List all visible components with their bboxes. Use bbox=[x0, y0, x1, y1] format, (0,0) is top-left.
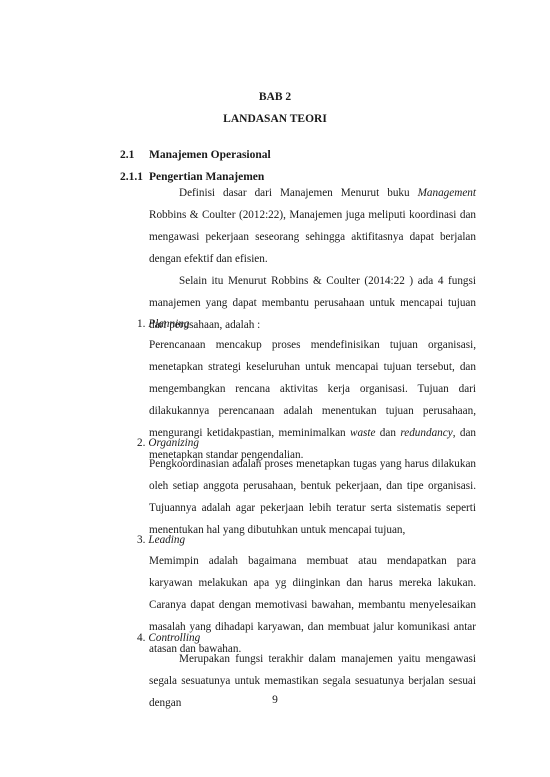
list-title: Controlling bbox=[148, 632, 200, 644]
subsection-number: 2.1.1 bbox=[120, 171, 143, 183]
text-run: dan bbox=[375, 427, 400, 439]
list-title: Organizing bbox=[148, 437, 199, 449]
list-item-title: 1.Planning bbox=[137, 318, 189, 330]
emphasis-waste: waste bbox=[350, 427, 375, 439]
list-number: 3. bbox=[137, 534, 145, 546]
list-item-title: 2.Organizing bbox=[137, 437, 199, 449]
list-number: 4. bbox=[137, 632, 145, 644]
emphasis-management: Management bbox=[418, 187, 476, 199]
list-item-title: 3.Leading bbox=[137, 534, 185, 546]
list-title: Planning bbox=[148, 318, 189, 330]
text-run: Robbins & Coulter (2012:22), Manajemen j… bbox=[149, 209, 476, 265]
chapter-label: BAB 2 bbox=[0, 91, 550, 103]
list-item-title: 4.Controlling bbox=[137, 632, 200, 644]
text-run: Definisi dasar dari Manajemen Menurut bu… bbox=[179, 187, 418, 199]
list-number: 1. bbox=[137, 318, 145, 330]
list-number: 2. bbox=[137, 437, 145, 449]
chapter-title: LANDASAN TEORI bbox=[0, 113, 550, 125]
text-run: Perencanaan mencakup proses mendefinisik… bbox=[149, 339, 476, 439]
paragraph-definition: Definisi dasar dari Manajemen Menurut bu… bbox=[149, 182, 476, 270]
list-item-body: Pengkoordinasian adalah proses menetapka… bbox=[149, 453, 476, 541]
section-number: 2.1 bbox=[120, 149, 134, 161]
paragraph-functions-intro: Selain itu Menurut Robbins & Coulter (20… bbox=[149, 270, 476, 336]
list-title: Leading bbox=[148, 534, 185, 546]
section-title: Manajemen Operasional bbox=[149, 149, 271, 161]
document-page: BAB 2 LANDASAN TEORI 2.1 Manajemen Opera… bbox=[0, 0, 550, 777]
emphasis-redundancy: redundancy bbox=[400, 427, 452, 439]
page-number: 9 bbox=[0, 694, 550, 706]
